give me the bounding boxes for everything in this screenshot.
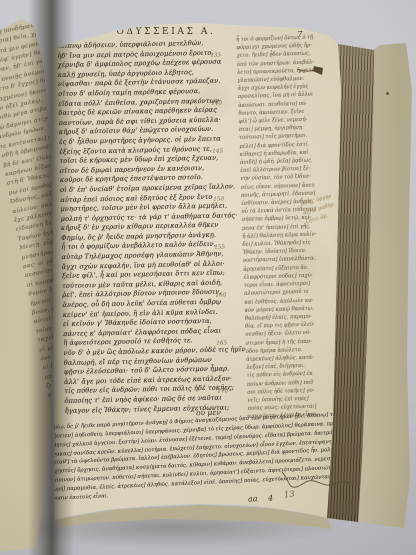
photo-vignette — [0, 0, 416, 555]
book-photo: ὣς εἰποῦσ' ὑπὸ ποσ-σὶν ἐδήσατο καλὰπέδιλ… — [0, 0, 416, 555]
